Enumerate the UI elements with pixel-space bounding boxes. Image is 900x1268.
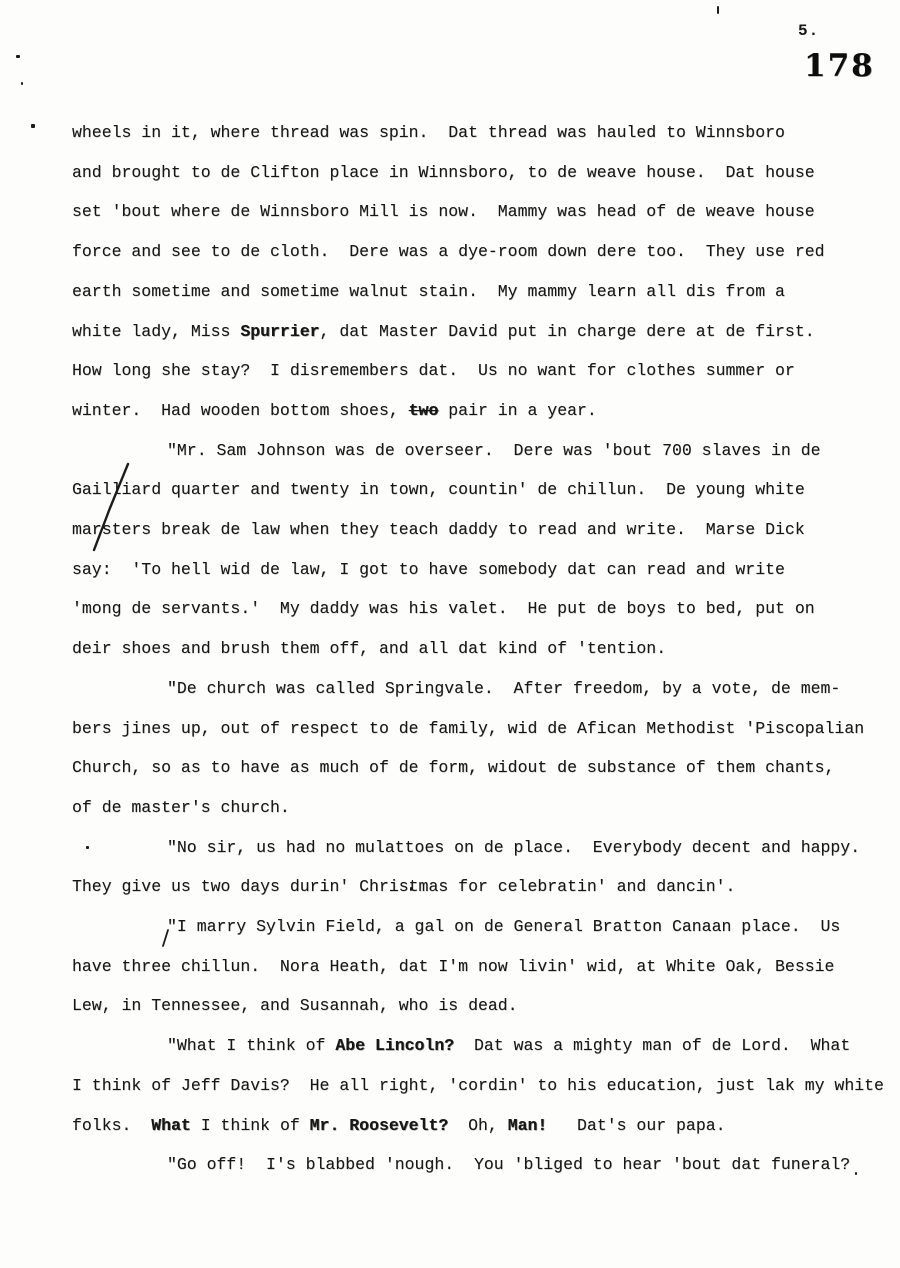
text-segment: of de master's church. (72, 798, 290, 817)
text-line: "Go off! I's blabbed 'nough. You 'bliged… (72, 1145, 898, 1185)
handwritten-tick-mark (158, 928, 172, 950)
text-segment: white lady, Miss (72, 322, 240, 341)
scan-speck (717, 6, 719, 14)
text-line: "Mr. Sam Johnson was de overseer. Dere w… (72, 431, 898, 471)
text-segment: Dat's our papa. (547, 1116, 725, 1135)
text-segment: I think of (191, 1116, 310, 1135)
text-line: "De church was called Springvale. After … (72, 669, 898, 709)
text-segment: wheels in it, where thread was spin. Dat… (72, 123, 785, 142)
text-segment: have three chillun. Nora Heath, dat I'm … (72, 957, 834, 976)
text-line: white lady, Miss Spurrier, dat Master Da… (72, 312, 898, 352)
text-segment: "De church was called Springvale. After … (167, 679, 840, 698)
text-segment: "I marry Sylvin Field, a gal on de Gener… (167, 917, 840, 936)
stamp-page-number: 178 (804, 48, 875, 84)
text-line: "What I think of Abe Lincoln? Dat was a … (72, 1026, 898, 1066)
text-segment: and brought to de Clifton place in Winns… (72, 163, 815, 182)
text-line: say: 'To hell wid de law, I got to have … (72, 550, 898, 590)
text-segment: They give us two days durin' Christmas f… (72, 877, 735, 896)
page-body: wheels in it, where thread was spin. Dat… (72, 113, 898, 1185)
text-segment: How long she stay? I disremembers dat. U… (72, 361, 795, 380)
text-line: folks. What I think of Mr. Roosevelt? Oh… (72, 1106, 898, 1146)
scan-speck (410, 887, 412, 891)
text-segment: deir shoes and brush them off, and all d… (72, 639, 666, 658)
emphasized-text: two (409, 401, 439, 420)
text-line: force and see to de cloth. Dere was a dy… (72, 232, 898, 272)
text-line: bers jines up, out of respect to de fami… (72, 709, 898, 749)
text-line: set 'bout where de Winnsboro Mill is now… (72, 192, 898, 232)
text-segment: earth sometime and sometime walnut stain… (72, 282, 785, 301)
text-line: How long she stay? I disremembers dat. U… (72, 351, 898, 391)
text-line: "I marry Sylvin Field, a gal on de Gener… (72, 907, 898, 947)
emphasized-text: Man! (508, 1116, 548, 1135)
text-line: 'mong de servants.' My daddy was his val… (72, 589, 898, 629)
scan-speck (21, 82, 23, 85)
text-line: marsters break de law when they teach da… (72, 510, 898, 550)
document-page: 5. 178 wheels in it, where thread was sp… (0, 0, 900, 1268)
scan-speck (31, 124, 35, 128)
text-segment: force and see to de cloth. Dere was a dy… (72, 242, 825, 261)
emphasized-text: Abe Lincoln? (335, 1036, 454, 1055)
text-segment: "Mr. Sam Johnson was de overseer. Dere w… (167, 441, 821, 460)
page-number: 5. (798, 22, 819, 40)
text-line: earth sometime and sometime walnut stain… (72, 272, 898, 312)
scan-speck (855, 1172, 857, 1175)
text-line: Lew, in Tennessee, and Susannah, who is … (72, 986, 898, 1026)
handwritten-slash-mark (86, 460, 136, 556)
text-segment: bers jines up, out of respect to de fami… (72, 719, 864, 738)
text-segment: "What I think of (167, 1036, 335, 1055)
text-line: Gailliard quarter and twenty in town, co… (72, 470, 898, 510)
text-line: have three chillun. Nora Heath, dat I'm … (72, 947, 898, 987)
emphasized-text: Mr. Roosevelt? (310, 1116, 449, 1135)
text-segment: "No sir, us had no mulattoes on de place… (167, 838, 860, 857)
text-segment: say: 'To hell wid de law, I got to have … (72, 560, 785, 579)
text-segment: Lew, in Tennessee, and Susannah, who is … (72, 996, 518, 1015)
text-line: They give us two days durin' Christmas f… (72, 867, 898, 907)
text-line: deir shoes and brush them off, and all d… (72, 629, 898, 669)
text-segment: I think of Jeff Davis? He all right, 'co… (72, 1076, 884, 1095)
scan-speck (16, 55, 20, 58)
text-line: I think of Jeff Davis? He all right, 'co… (72, 1066, 898, 1106)
text-line: wheels in it, where thread was spin. Dat… (72, 113, 898, 153)
text-segment: "Go off! I's blabbed 'nough. You 'bliged… (167, 1155, 850, 1174)
text-segment: , dat Master David put in charge dere at… (320, 322, 815, 341)
scan-speck (86, 846, 89, 849)
emphasized-text: Spurrier (240, 322, 319, 341)
text-segment: winter. Had wooden bottom shoes, (72, 401, 409, 420)
text-line: and brought to de Clifton place in Winns… (72, 153, 898, 193)
text-segment: Gailliard quarter and twenty in town, co… (72, 480, 805, 499)
text-segment: folks. (72, 1116, 151, 1135)
emphasized-text: What (151, 1116, 191, 1135)
text-line: Church, so as to have as much of de form… (72, 748, 898, 788)
text-segment: pair in a year. (438, 401, 596, 420)
text-segment: 'mong de servants.' My daddy was his val… (72, 599, 815, 618)
text-segment: Church, so as to have as much of de form… (72, 758, 834, 777)
text-line: "No sir, us had no mulattoes on de place… (72, 828, 898, 868)
text-segment: Oh, (448, 1116, 507, 1135)
text-line: of de master's church. (72, 788, 898, 828)
text-segment: marsters break de law when they teach da… (72, 520, 805, 539)
text-line: winter. Had wooden bottom shoes, two pai… (72, 391, 898, 431)
text-segment: Dat was a mighty man of de Lord. What (454, 1036, 850, 1055)
text-segment: set 'bout where de Winnsboro Mill is now… (72, 202, 815, 221)
